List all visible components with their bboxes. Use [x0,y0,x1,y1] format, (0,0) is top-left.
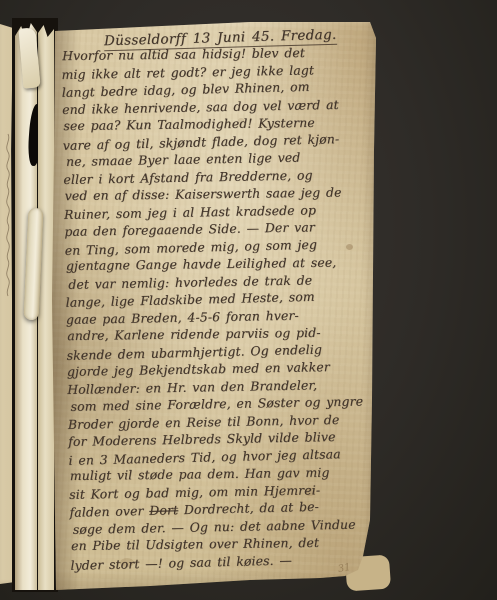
struck-word: Dort [149,502,178,518]
page-number: 31 [337,562,351,575]
diary-page: Düsseldorff 13 Juni 45. Fredag. Hvorfor … [50,18,378,596]
handwriting-lines: Hvorfor nu altid saa hidsig! blev detmig… [61,42,379,573]
handwriting-segment: Dordrecht, da at be- [178,499,319,517]
photo-of-diary-page: Düsseldorff 13 Juni 45. Fredag. Hvorfor … [0,0,497,600]
torn-page-stub [38,23,54,590]
handwriting-segment: falden over [69,503,149,520]
